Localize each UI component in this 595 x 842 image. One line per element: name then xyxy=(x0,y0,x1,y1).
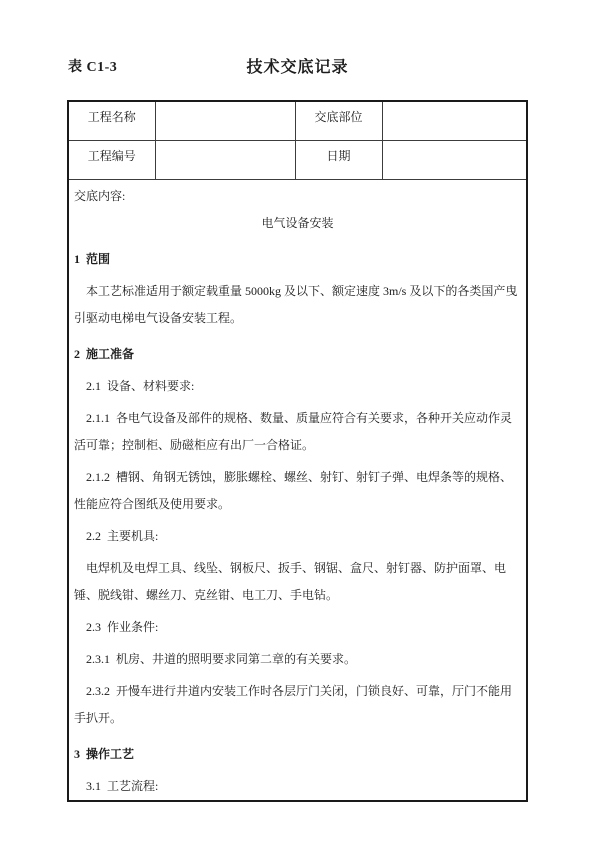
content-block-text: 2.1.2 槽钢、角钢无锈蚀，膨胀螺栓、螺丝、射钉、射钉子弹、电焊条等的规格、性… xyxy=(74,464,521,518)
content-block-text: 2.1.1 各电气设备及部件的规格、数量、质量应符合有关要求，各种开关应动作灵活… xyxy=(74,405,521,459)
table-row: 工程编号 日期 xyxy=(68,140,527,179)
content-block-text: 2.3.1 机房、井道的照明要求同第二章的有关要求。 xyxy=(74,646,521,673)
content-block-heading: 2 施工准备 xyxy=(74,341,521,368)
project-name-label: 工程名称 xyxy=(68,101,155,140)
table-row: 交底内容: 电气设备安装 1 范围本工艺标准适用于额定载重量 5000kg 及以… xyxy=(68,179,527,801)
disclosure-part-label: 交底部位 xyxy=(295,101,382,140)
disclosure-form-table: 工程名称 交底部位 工程编号 日期 交底内容: 电气设备安装 1 范围本工艺标准… xyxy=(67,100,528,802)
content-block-text: 电焊机及电焊工具、线坠、钢板尺、扳手、钢锯、盒尺、射钉器、防护面罩、电锤、脱线钳… xyxy=(74,555,521,609)
content-block-heading: 1 范围 xyxy=(74,246,521,273)
content-block-heading: 3 操作工艺 xyxy=(74,741,521,768)
content-blocks: 1 范围本工艺标准适用于额定载重量 5000kg 及以下、额定速度 3m/s 及… xyxy=(74,246,521,800)
disclosure-content-label: 交底内容: xyxy=(74,183,521,210)
project-number-label: 工程编号 xyxy=(68,140,155,179)
table-row: 工程名称 交底部位 xyxy=(68,101,527,140)
content-block-text: 3.1 工艺流程: xyxy=(74,773,521,800)
disclosure-content-cell: 交底内容: 电气设备安装 1 范围本工艺标准适用于额定载重量 5000kg 及以… xyxy=(68,179,527,801)
content-block-text: 2.2 主要机具: xyxy=(74,523,521,550)
document-page: 表 C1-3 技术交底记录 工程名称 交底部位 工程编号 日期 交底内容: 电气… xyxy=(0,0,595,842)
project-number-value xyxy=(155,140,295,179)
disclosure-part-value xyxy=(382,101,527,140)
date-label: 日期 xyxy=(295,140,382,179)
content-block-text: 2.1 设备、材料要求: xyxy=(74,373,521,400)
page-title: 技术交底记录 xyxy=(0,54,595,77)
content-block-text: 本工艺标准适用于额定载重量 5000kg 及以下、额定速度 3m/s 及以下的各… xyxy=(74,278,521,332)
subject-title: 电气设备安装 xyxy=(74,210,521,237)
content-block-text: 2.3.2 开慢车进行井道内安装工作时各层厅门关闭，门锁良好、可靠，厅门不能用手… xyxy=(74,678,521,732)
project-name-value xyxy=(155,101,295,140)
content-block-text: 2.3 作业条件: xyxy=(74,614,521,641)
date-value xyxy=(382,140,527,179)
